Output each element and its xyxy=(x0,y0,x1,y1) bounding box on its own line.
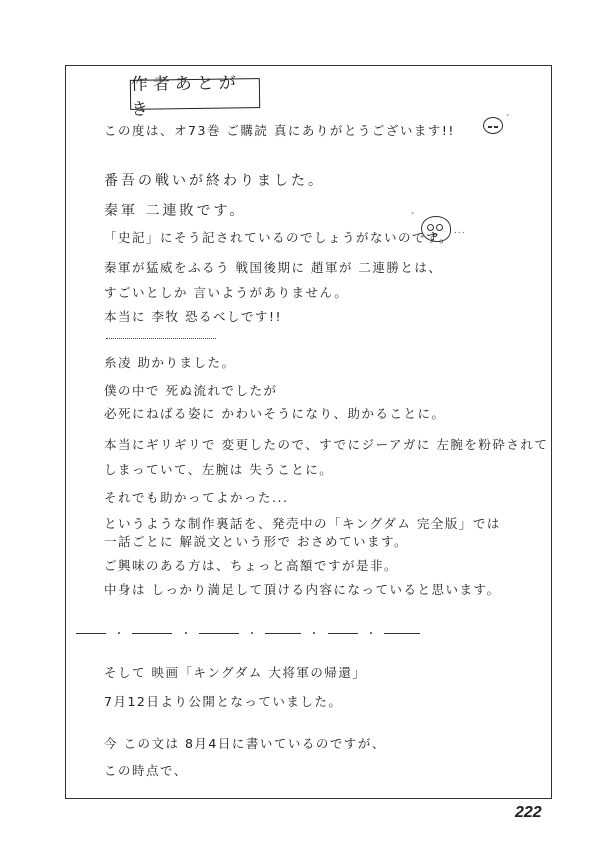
text-line-movie: そして 映画「キングダム 大将軍の帰還」 xyxy=(104,663,366,681)
text-line-lost-arm: しまっていて、左腕は 失うことに。 xyxy=(104,460,333,478)
divider-dot xyxy=(251,632,253,634)
text-line-at-this-point: この時点で、 xyxy=(104,761,188,779)
text-line-behind-scenes: というような制作裏話を、発売中の「キングダム 完全版」では xyxy=(104,514,501,532)
mouth-icon xyxy=(433,233,437,237)
divider-segment xyxy=(132,633,172,634)
text-line-battle-over: 番吾の戦いが終わりました。 xyxy=(104,170,325,190)
text-line-shiki: 「史記」にそう記されているのでしょうがないのです。 xyxy=(104,228,453,246)
divider-segment xyxy=(199,633,239,634)
eye-icon xyxy=(427,224,434,231)
text-line-interest: ご興味のある方は、ちょっと高額ですが是非。 xyxy=(104,556,398,574)
divider-dot xyxy=(370,632,372,634)
text-line-commentary: 一話ごとに 解説文という形で おさめています。 xyxy=(104,532,408,550)
sweat-mark-icon: ゛ xyxy=(506,112,516,125)
text-line-riboku: 本当に 李牧 恐るべしです!! xyxy=(104,307,282,325)
divider-dot xyxy=(185,632,187,634)
text-line-two-losses: 秦軍 二連敗です。 xyxy=(104,200,246,220)
divider-segment xyxy=(76,633,106,634)
sweat-mark-icon: ゛ xyxy=(411,210,421,223)
text-line-writing-date: 今 この文は 8月4日に書いているのですが、 xyxy=(104,734,386,752)
smiling-face-doodle-icon xyxy=(483,117,503,134)
divider-segment xyxy=(265,633,301,634)
text-line-thanks: この度は、オ73巻 ご購読 真にありがとうございます!! xyxy=(104,121,455,139)
eye-icon xyxy=(436,224,443,231)
dotted-divider xyxy=(106,338,216,339)
divider-dot xyxy=(313,632,315,634)
text-line-amazing: すごいとしか 言いようがありません。 xyxy=(104,283,348,301)
divider-dot xyxy=(118,632,120,634)
page-number: 222 xyxy=(515,804,542,822)
divider-segment xyxy=(328,633,358,634)
text-line-last-minute: 本当にギリギリで 変更したので、すでにジーアガに 左腕を粉砕されて xyxy=(104,435,548,453)
text-line-satisfaction: 中身は しっかり満足して頂ける内容になっていると思います。 xyxy=(104,580,500,598)
text-line-release-date: 7月12日より公開となっていました。 xyxy=(104,692,342,710)
text-line-zhao-wins: 秦軍が猛威をふるう 戦国後期に 趙軍が 二連勝とは、 xyxy=(104,258,442,276)
divider-segment xyxy=(384,633,420,634)
afterword-heading: 作者あとがき xyxy=(130,78,260,110)
text-line-pity: 必死にねばる姿に かわいそうになり、助かることに。 xyxy=(104,404,445,422)
text-line-saved: 糸凌 助かりました。 xyxy=(104,353,235,371)
worried-face-doodle-icon xyxy=(421,216,451,242)
ellipsis-mark-icon: ... xyxy=(454,226,466,236)
text-line-death-plan: 僕の中で 死ぬ流れでしたが xyxy=(104,381,277,399)
dash-divider xyxy=(76,631,420,635)
text-line-glad: それでも助かってよかった... xyxy=(104,488,288,506)
